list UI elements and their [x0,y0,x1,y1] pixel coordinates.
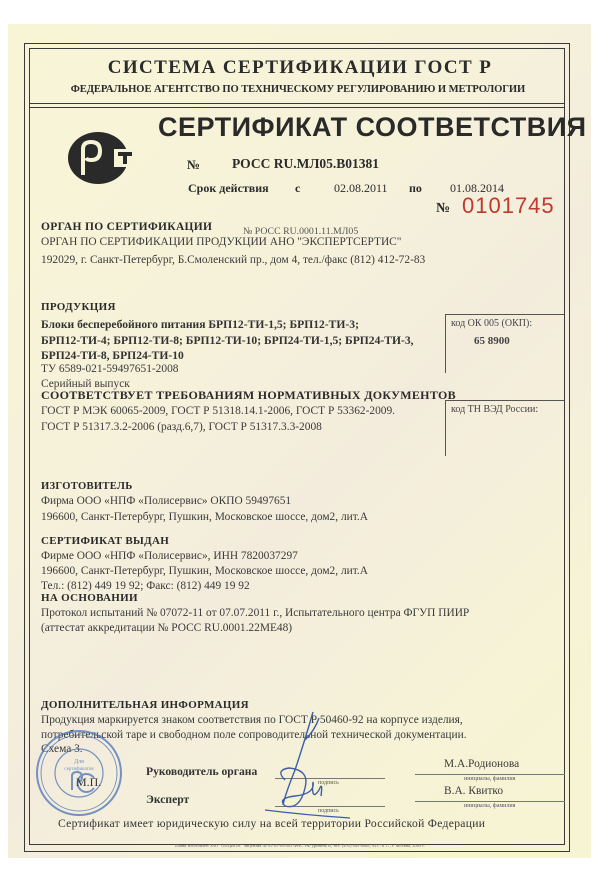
product-line: Блоки бесперебойного питания БРП12-ТИ-1,… [41,318,359,331]
head-name-line [415,774,565,775]
expert-name: В.А. Квитко [444,785,503,797]
manufacturer-line: 196600, Санкт-Петербург, Пушкин, Московс… [41,511,368,523]
stamp-label: М.П. [76,775,101,790]
tnved-code-box: код ТН ВЭД России: [445,400,564,456]
document-title: СЕРТИФИКАТ СООТВЕТСТВИЯ [158,112,558,143]
expert-name-caption: инициалы, фамилия [464,803,515,809]
basis-line: (аттестат аккредитации № РОСС RU.0001.22… [41,622,292,634]
certification-body-address: 192029, г. Санкт-Петербург, Б.Смоленский… [41,254,425,266]
header-divider [29,103,565,104]
gost-r-pct-logo-icon [66,131,136,185]
head-name: М.А.Родионова [444,758,519,770]
product-spec: ТУ 6589-021-59497651-2008 [41,363,178,375]
issued-to-line: Фирме ООО «НПФ «Полисервис», ИНН 7820037… [41,550,298,562]
additional-info-line: Продукция маркируется знаком соответстви… [41,714,463,726]
valid-from-label: с [295,181,300,196]
product-line: БРП12-ТИ-4; БРП12-ТИ-8; БРП12-ТИ-10; БРП… [41,334,414,347]
okp-code-label: код ОК 005 (ОКП): [451,318,532,329]
system-title: СИСТЕМА СЕРТИФИКАЦИИ ГОСТ Р [0,57,600,79]
issued-to-line: 196600, Санкт-Петербург, Пушкин, Московс… [41,565,368,577]
okp-code-value: 65 8900 [474,335,510,347]
compliance-line: ГОСТ Р 51317.3.2-2006 (разд.6,7), ГОСТ Р… [41,421,322,433]
certification-body-heading: ОРГАН ПО СЕРТИФИКАЦИИ [41,221,212,233]
tnved-code-label: код ТН ВЭД России: [451,404,538,415]
additional-info-heading: ДОПОЛНИТЕЛЬНАЯ ИНФОРМАЦИЯ [41,699,249,711]
expert-name-line [415,801,565,802]
compliance-line: ГОСТ Р МЭК 60065-2009, ГОСТ Р 51318.14.1… [41,405,395,417]
expert-role-label: Эксперт [146,793,189,806]
serial-number-label: № [436,201,450,217]
svg-text:Для: Для [74,759,84,765]
header-divider-2 [29,107,565,108]
basis-heading: НА ОСНОВАНИИ [41,592,138,604]
head-name-caption: инициалы, фамилия [464,776,515,782]
basis-line: Протокол испытаний № 07072-11 от 07.07.2… [41,607,469,619]
issued-to-heading: СЕРТИФИКАТ ВЫДАН [41,535,169,547]
valid-from-date: 02.08.2011 [334,181,388,196]
manufacturer-heading: ИЗГОТОВИТЕЛЬ [41,481,133,492]
round-seal-stamp-icon: Для сертификатов [34,728,124,818]
valid-to-label: по [409,181,422,196]
compliance-heading: СООТВЕТСТВУЕТ ТРЕБОВАНИЯМ НОРМАТИВНЫХ ДО… [41,388,456,403]
head-role-label: Руководитель органа [146,765,257,778]
certification-body-name: ОРГАН ПО СЕРТИФИКАЦИИ ПРОДУКЦИИ АНО "ЭКС… [41,236,401,248]
product-heading: ПРОДУКЦИЯ [41,301,116,313]
product-line: БРП24-ТИ-8, БРП24-ТИ-10 [41,349,184,362]
issued-to-line: Тел.: (812) 449 19 92; Факс: (812) 449 1… [41,580,250,592]
validity-label: Срок действия [188,181,269,196]
certificate-number-label: № [187,157,200,173]
svg-text:сертификатов: сертификатов [64,767,94,772]
handwritten-signature-icon [255,710,375,820]
agency-name: ФЕДЕРАЛЬНОЕ АГЕНТСТВО ПО ТЕХНИЧЕСКОМУ РЕ… [30,84,566,95]
manufacturer-line: Фирма ООО «НПФ «Полисервис» ОКПО 5949765… [41,495,291,507]
serial-number: 0101745 [462,193,555,219]
certificate-number: РОСС RU.МЛ05.В01381 [232,156,379,172]
okp-code-box: код ОК 005 (ОКП): 65 8900 [445,314,564,373]
legal-note: Сертификат имеет юридическую силу на все… [58,817,485,830]
printer-note: Бланк изготовлен ЗАО "ОПЦИОН" лицензия №… [0,843,600,848]
